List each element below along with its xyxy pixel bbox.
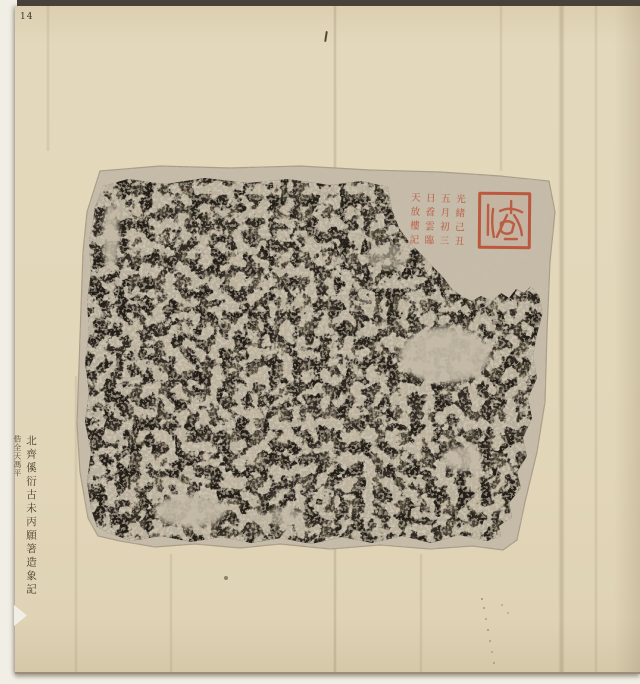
- worn-patch: [443, 446, 481, 471]
- collector-date-inscription: 光緒己丑五月初三日孴雲臨天放樓記: [403, 192, 467, 254]
- ink-tick-mark: [324, 31, 328, 42]
- fold-line: [169, 554, 173, 672]
- ink-speckles: [481, 598, 483, 600]
- worn-patch: [265, 508, 305, 526]
- worn-patch: [400, 327, 490, 383]
- paper-tear-notch: [14, 605, 27, 626]
- margin-caption-main: 北齊傒衍古未丙願箸造象記: [25, 435, 37, 597]
- seal-glyphs: [481, 195, 527, 245]
- fold-line: [419, 554, 423, 672]
- collector-seal: [478, 192, 531, 249]
- scanned-album-page: 14: [0, 0, 640, 684]
- page-number: 14: [20, 12, 33, 22]
- page-edge-shading: [614, 6, 640, 672]
- margin-caption-sub: 俈全天馮平: [13, 435, 22, 478]
- fold-line: [594, 6, 598, 672]
- worn-patch: [155, 495, 225, 527]
- margin-caption: 北齊傒衍古未丙願箸造象記俈全天馮平: [6, 435, 38, 605]
- fold-line: [46, 6, 50, 151]
- worn-patch: [103, 202, 119, 272]
- ink-spot: [224, 576, 228, 580]
- album-paper-page: 14: [15, 6, 640, 674]
- fold-line: [499, 6, 503, 171]
